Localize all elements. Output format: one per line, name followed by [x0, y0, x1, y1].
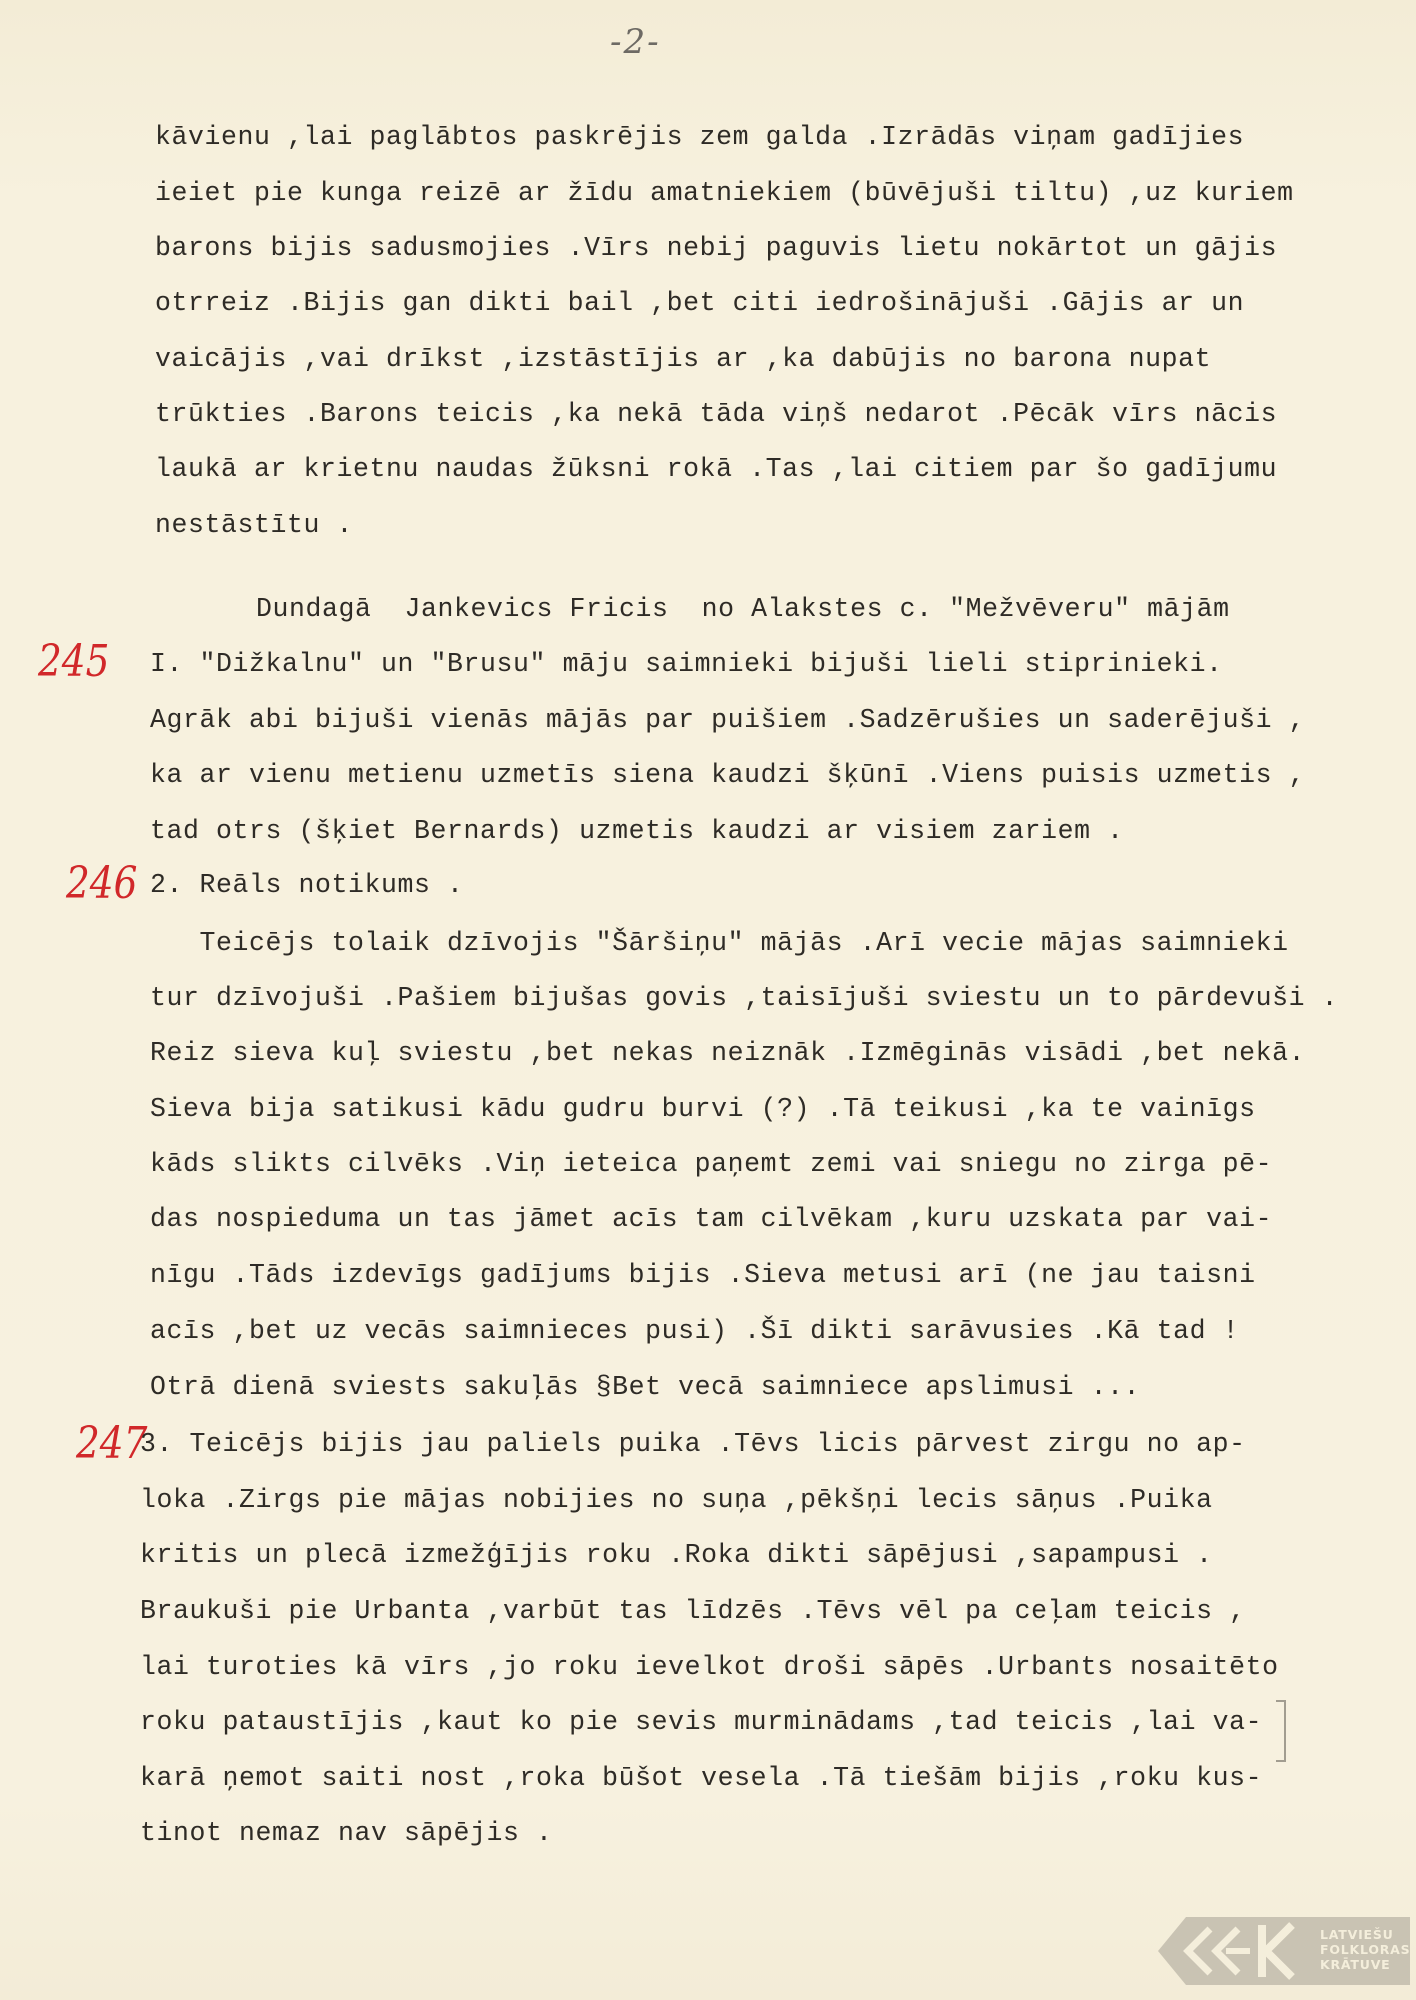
text-line: vaicājis ,vai drīkst ,izstāstījis ar ,ka… — [155, 346, 1211, 373]
text-line: nīgu .Tāds izdevīgs gadījums bijis .Siev… — [150, 1262, 1256, 1289]
text-line: trūkties .Barons teicis ,ka nekā tāda vi… — [155, 401, 1277, 428]
text-line: Agrāk abi bijuši vienās mājās par puišie… — [150, 707, 1305, 734]
lfk-logo: LATVIEŠU FOLKLORAS KRĀTUVE — [1158, 1917, 1410, 1985]
margin-annotation-number: 246 — [66, 862, 137, 906]
text-line: tinot nemaz nav sāpējis . — [140, 1820, 553, 1847]
text-line: kāvienu ,lai paglābtos paskrējis zem gal… — [155, 124, 1244, 151]
text-line: acīs ,bet uz vecās saimnieces pusi) .Šī … — [150, 1318, 1239, 1345]
text-line: Reiz sieva kuļ sviestu ,bet nekas neiznā… — [150, 1040, 1305, 1067]
text-line: ieiet pie kunga reizē ar žīdu amatniekie… — [155, 180, 1294, 207]
text-line: kāds slikts cilvēks .Viņ ieteica paņemt … — [150, 1151, 1272, 1178]
text-line: barons bijis sadusmojies .Vīrs nebij pag… — [155, 235, 1277, 262]
text-line: Otrā dienā sviests sakuļās §Bet vecā sai… — [150, 1374, 1140, 1401]
margin-annotation-number: 247 — [76, 1422, 147, 1466]
text-line: tur dzīvojuši .Pašiem bijušas govis ,tai… — [150, 985, 1338, 1012]
text-line: lai turoties kā vīrs ,jo roku ievelkot d… — [140, 1654, 1279, 1681]
logo-line: KRĀTUVE — [1320, 1957, 1410, 1972]
margin-annotation-number: 245 — [38, 640, 109, 684]
text-line: I. "Dižkalnu" un "Brusu" māju saimnieki … — [150, 651, 1223, 678]
text-line: Sieva bija satikusi kādu gudru burvi (?)… — [150, 1096, 1256, 1123]
logo-text: LATVIEŠU FOLKLORAS KRĀTUVE — [1320, 1927, 1410, 1972]
pencil-bracket-mark — [1276, 1700, 1286, 1762]
text-line: Braukuši pie Urbanta ,varbūt tas līdzēs … — [140, 1598, 1246, 1625]
document-page: -2- kāvienu ,lai paglābtos paskrējis zem… — [0, 0, 1416, 2000]
text-line: kritis un plecā izmežģījis roku .Roka di… — [140, 1542, 1213, 1569]
text-line: laukā ar krietnu naudas žūksni rokā .Tas… — [155, 456, 1277, 483]
text-line: karā ņemot saiti nost ,roka būšot vesela… — [140, 1765, 1262, 1792]
text-line: 3. Teicējs bijis jau paliels puika .Tēvs… — [140, 1431, 1246, 1458]
text-line: loka .Zirgs pie mājas nobijies no suņa ,… — [140, 1487, 1213, 1514]
text-line: ka ar vienu metienu uzmetīs siena kaudzi… — [150, 762, 1305, 789]
text-line: roku pataustījis ,kaut ko pie sevis murm… — [140, 1709, 1262, 1736]
text-line: Teicējs tolaik dzīvojis "Šāršiņu" mājās … — [150, 930, 1289, 957]
logo-line: LATVIEŠU — [1320, 1927, 1410, 1942]
text-line: das nospieduma un tas jāmet acīs tam cil… — [150, 1206, 1272, 1233]
logo-line: FOLKLORAS — [1320, 1942, 1410, 1957]
text-line: 2. Reāls notikums . — [150, 872, 464, 899]
text-line: tad otrs (šķiet Bernards) uzmetis kaudzi… — [150, 818, 1124, 845]
text-line: otrreiz .Bijis gan dikti bail ,bet citi … — [155, 290, 1244, 317]
text-line: nestāstītu . — [155, 512, 353, 539]
page-number: -2- — [610, 22, 661, 62]
informant-header: Dundagā Jankevics Fricis no Alakstes c. … — [256, 596, 1230, 623]
